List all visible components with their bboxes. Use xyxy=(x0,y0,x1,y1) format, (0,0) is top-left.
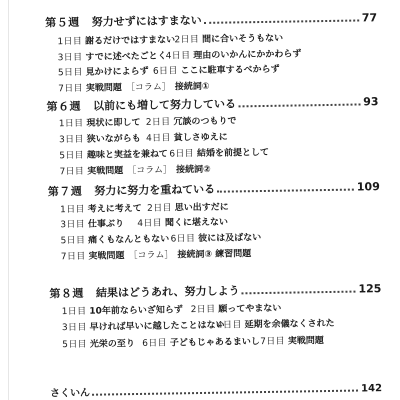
toc-entry[interactable]: 6日目子どもじゃあるまいし xyxy=(142,334,260,349)
day-number: 3日目 xyxy=(60,220,85,230)
entry-title: すでに述べたごとく xyxy=(85,52,166,63)
day-number: 2日目 xyxy=(146,117,171,127)
entry-title: 10年前ならいざ知らず xyxy=(89,305,183,316)
toc-entry[interactable]: 3日目早ければ早いに越したことはない xyxy=(62,318,225,334)
dot-leader xyxy=(217,189,354,193)
day-number: 6日目 xyxy=(142,339,167,349)
toc-week-7-heading[interactable]: 第７週 努力に努力を重ねている 109 xyxy=(48,178,380,199)
toc-entry[interactable]: 1日目現状に即して xyxy=(59,115,141,129)
day-number: 2日目 xyxy=(174,35,199,45)
dot-leader xyxy=(92,390,358,396)
day-number: 1日目 xyxy=(62,307,87,317)
day-number: 5日目 xyxy=(62,340,87,350)
page-number: 109 xyxy=(357,180,380,193)
entry-title: 実戦問題 xyxy=(87,166,123,177)
day-number: 1日目 xyxy=(57,37,82,47)
week-title: 結果はどうあれ、努力しよう xyxy=(96,282,240,300)
column-title: 接続詞① xyxy=(175,82,210,93)
dot-leader xyxy=(204,19,359,23)
day-number: 7日目 xyxy=(58,84,83,94)
entry-title: 謝るだけではすまない xyxy=(85,35,175,46)
day-number: 4日目 xyxy=(137,219,162,229)
toc-entry[interactable]: 3日目狭いながらも xyxy=(59,131,141,145)
toc-entry[interactable]: 4日目理由のいかんにかかわらず xyxy=(166,46,302,61)
toc-week-6-heading[interactable]: 第６週 以前にも増して努力している 93 xyxy=(46,93,378,114)
column-title: 接続詞② xyxy=(176,165,211,176)
day-number: 7日目 xyxy=(260,337,285,347)
page-number: 77 xyxy=(362,11,378,24)
day-number: 4日目 xyxy=(217,320,242,330)
day-number: 5日目 xyxy=(61,236,86,246)
toc-entry[interactable]: 7日目実戦問題 xyxy=(260,333,324,347)
week-title: 以前にも増して努力している xyxy=(93,95,236,113)
toc-entry[interactable]: 2日目願ってやまない xyxy=(191,301,282,315)
week-title: 努力せずにはすまない xyxy=(92,12,202,30)
toc-entry[interactable]: 5日目痛くもなんともない xyxy=(61,231,170,246)
day-number: 7日目 xyxy=(61,252,86,262)
dot-leader xyxy=(242,291,356,295)
toc-entry[interactable]: 5日目趣味と実益を兼ねて xyxy=(59,147,168,162)
toc-entry[interactable]: 4日目聞くに堪えない xyxy=(137,215,228,229)
day-number: 3日目 xyxy=(58,53,83,63)
toc-entry[interactable]: 7日目実戦問題［コラム］接続詞② xyxy=(59,162,210,177)
entry-title: 子どもじゃあるまいし xyxy=(170,337,260,348)
entry-title: 見かけによらず xyxy=(86,67,149,78)
entry-title: 結婚を前提として xyxy=(197,148,269,159)
toc-entry[interactable]: 1日目考えに考えて xyxy=(60,201,142,215)
toc-entry[interactable]: 4日目貧しさゆえに xyxy=(146,130,228,144)
toc-entry[interactable]: 1日目謝るだけではすまない xyxy=(57,32,175,47)
entry-title: 聞くに堪えない xyxy=(165,218,228,229)
toc-entry[interactable]: 6日目結婚を前提として xyxy=(169,145,269,160)
day-number: 3日目 xyxy=(62,323,87,333)
entry-title: 思い出すだに xyxy=(175,203,229,214)
toc-entry[interactable]: 5日目見かけによらず xyxy=(58,64,149,78)
day-number: 5日目 xyxy=(59,151,84,161)
toc-entry[interactable]: 7日目実戦問題［コラム］接続詞③ 練習問題 xyxy=(61,246,252,262)
day-number: 6日目 xyxy=(169,149,194,159)
page-number: 142 xyxy=(361,383,382,394)
day-number: 2日目 xyxy=(191,305,216,315)
week-label: 第８週 xyxy=(49,285,84,302)
entry-title: 光栄の至り xyxy=(90,339,135,350)
page-number: 93 xyxy=(363,95,379,108)
entry-title: 考えに考えて xyxy=(88,204,142,215)
column-label: ［コラム］ xyxy=(127,165,172,176)
day-number: 1日目 xyxy=(60,205,85,215)
day-number: 4日目 xyxy=(146,133,171,143)
toc-entry[interactable]: 4日目延期を余儀なくされた xyxy=(217,316,335,331)
day-number: 4日目 xyxy=(166,51,191,61)
entry-title: 痛くもなんともない xyxy=(88,234,169,245)
entry-title: 彼には及ばない xyxy=(198,233,261,244)
entry-title: ここに駐車するべからず xyxy=(181,65,280,77)
dot-leader xyxy=(238,103,360,107)
day-number: 1日目 xyxy=(59,119,84,129)
index-label: さくいん xyxy=(50,384,90,400)
entry-title: 実戦問題 xyxy=(88,251,124,262)
entry-title: 趣味と実益を兼ねて xyxy=(87,150,168,161)
entry-title: 仕事ぶり xyxy=(88,219,124,230)
day-number: 2日目 xyxy=(147,203,172,213)
week-label: 第７週 xyxy=(48,183,83,200)
toc-entry[interactable]: 2日目思い出すだに xyxy=(147,200,229,214)
entry-title: 貧しさゆえに xyxy=(174,133,228,144)
week-label: 第５週 xyxy=(45,14,80,31)
toc-entry[interactable]: 2日目間に合いそうもない xyxy=(174,31,283,46)
day-number: 6日目 xyxy=(153,66,178,76)
day-number: 7日目 xyxy=(59,167,84,177)
toc-entry[interactable]: 3日目仕事ぶり xyxy=(60,216,124,230)
day-number: 5日目 xyxy=(58,68,83,78)
entry-title: 実戦問題 xyxy=(288,336,324,347)
toc-entry[interactable]: 2日目冗談のつもりで xyxy=(146,113,237,127)
toc-entry[interactable]: 1日目10年前ならいざ知らず xyxy=(62,302,183,317)
toc-index-entry[interactable]: さくいん 142 xyxy=(50,379,382,399)
column-title: 接続詞③ 練習問題 xyxy=(177,249,251,260)
toc-entry[interactable]: 6日目彼には及ばない xyxy=(170,230,261,244)
entry-title: 現状に即して xyxy=(86,118,140,129)
week-title: 努力に努力を重ねている xyxy=(94,181,215,199)
day-number: 3日目 xyxy=(59,135,84,145)
toc-week-8-heading[interactable]: 第８週 結果はどうあれ、努力しよう 125 xyxy=(49,280,381,301)
column-label: ［コラム］ xyxy=(128,250,173,261)
week-label: 第６週 xyxy=(46,98,81,115)
toc-entry[interactable]: 6日目ここに駐車するべからず xyxy=(153,62,280,77)
page-number: 125 xyxy=(358,282,381,295)
entry-title: 実戦問題 xyxy=(86,83,122,94)
entry-title: 理由のいかんにかかわらず xyxy=(193,49,301,61)
entry-title: 狭いながらも xyxy=(87,134,141,145)
toc-entry[interactable]: 3日目すでに述べたごとく xyxy=(58,49,167,64)
day-number: 6日目 xyxy=(171,234,196,244)
entry-title: 冗談のつもりで xyxy=(173,116,236,127)
toc-week-5-heading[interactable]: 第５週 努力せずにはすまない 77 xyxy=(45,9,377,30)
column-label: ［コラム］ xyxy=(126,82,171,93)
entry-title: 願ってやまない xyxy=(218,304,281,315)
toc-entry[interactable]: 5日目光栄の至り xyxy=(62,336,135,350)
toc-entry[interactable]: 7日目実戦問題［コラム］接続詞① xyxy=(58,79,209,94)
table-of-contents: 第５週 努力せずにはすまない 77 1日目謝るだけではすまない 2日目間に合いそ… xyxy=(0,0,400,400)
entry-title: 早ければ早いに越したことはない xyxy=(90,321,225,333)
entry-title: 間に合いそうもない xyxy=(202,34,283,45)
entry-title: 延期を余儀なくされた xyxy=(245,319,335,330)
